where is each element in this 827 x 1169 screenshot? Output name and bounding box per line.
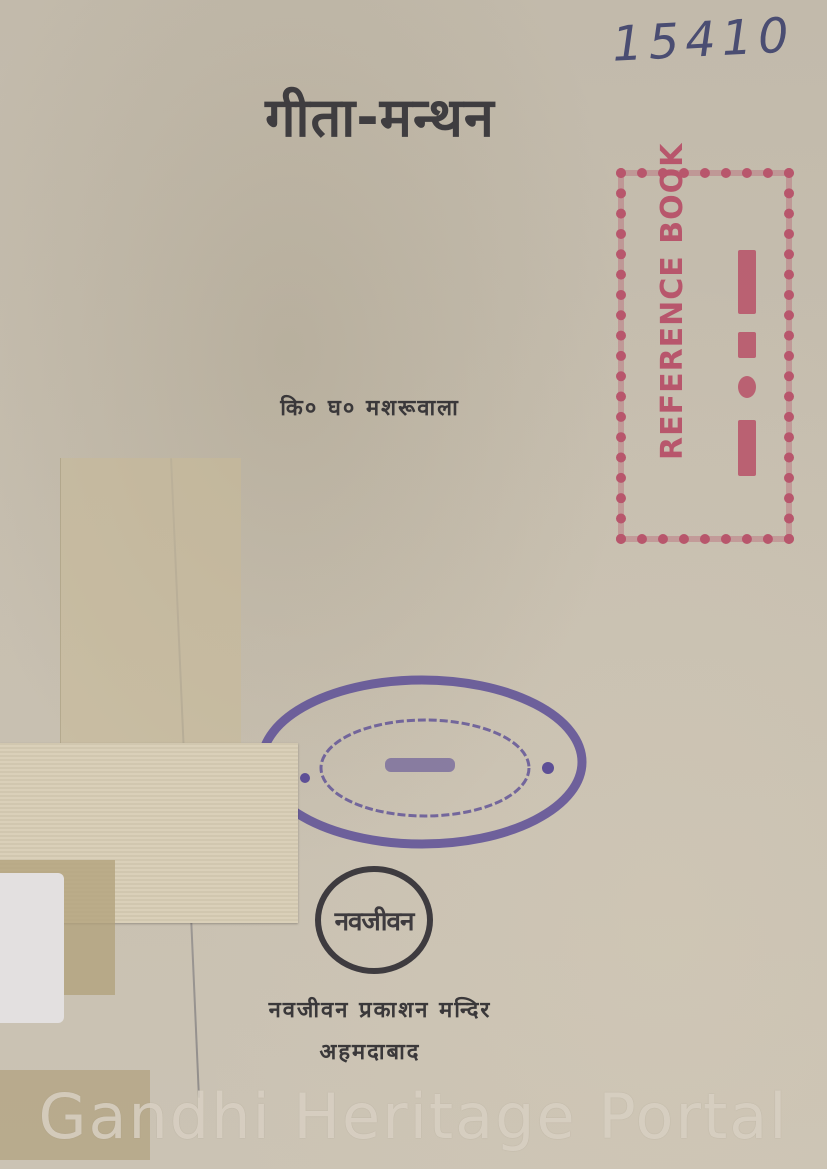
book-title: गीता-मन्थन — [0, 78, 760, 152]
navajivan-logo: नवजीवन — [315, 866, 433, 974]
watermark: Gandhi Heritage Portal — [0, 1080, 827, 1153]
library-stamp — [255, 670, 590, 850]
accession-number: 15410 — [611, 7, 796, 72]
reference-stamp-border — [616, 168, 794, 544]
logo-text: नवजीवन — [335, 902, 414, 938]
publisher-city: अहमदाबाद — [0, 1036, 740, 1066]
reference-stamp-text: REFERENCE BOOK — [655, 260, 695, 460]
vertical-tape — [60, 458, 241, 748]
publisher-name: नवजीवन प्रकाशन मन्दिर — [0, 994, 760, 1024]
